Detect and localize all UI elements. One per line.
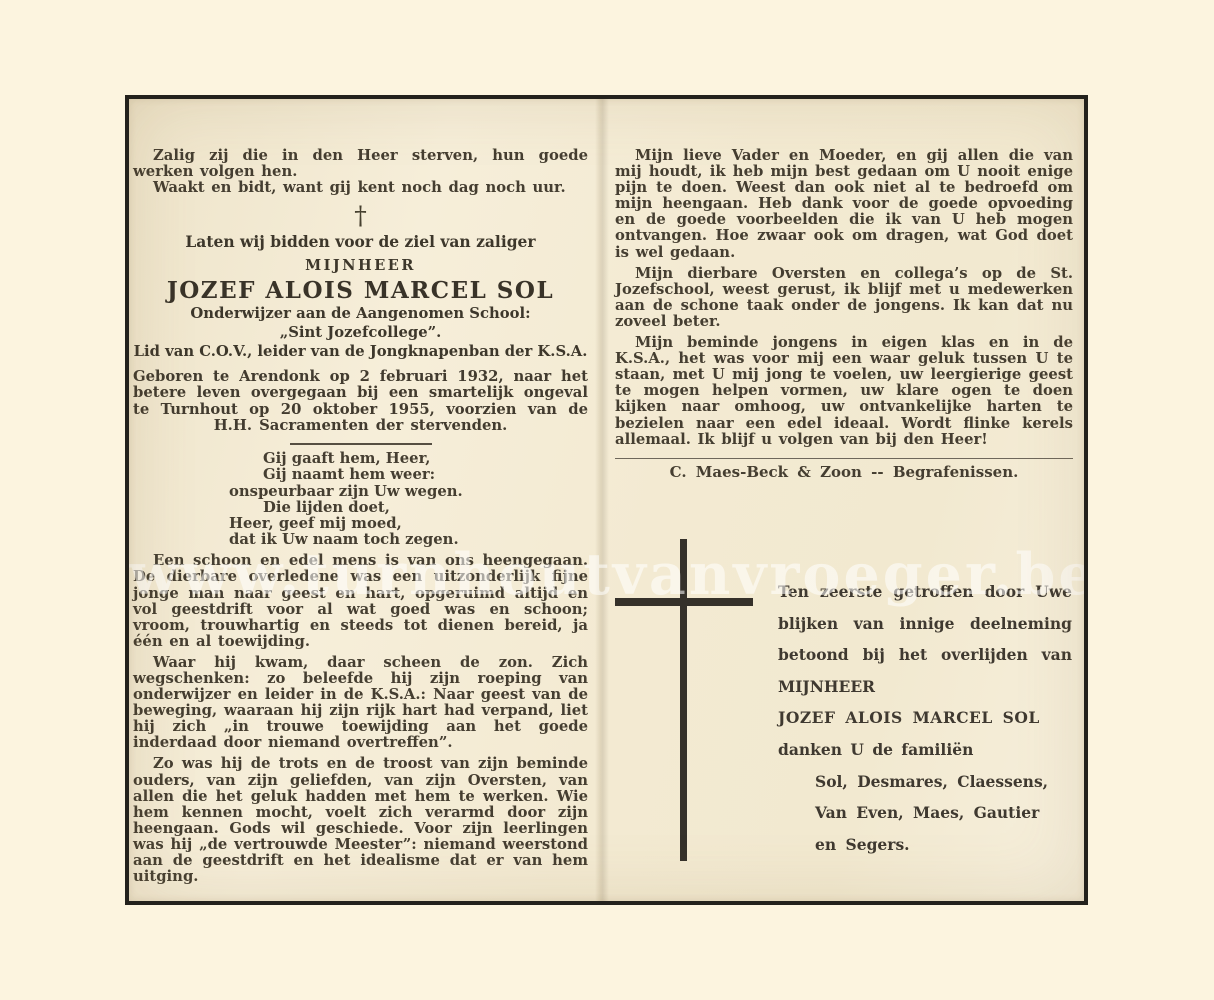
undertaker-rule bbox=[615, 458, 1073, 459]
family-names-line: en Segers. bbox=[815, 829, 1072, 861]
role-line-1: Onderwijzer aan de Aangenomen School: bbox=[133, 306, 588, 322]
biography-text: Geboren te Arendonk op 2 februari 1932, … bbox=[133, 369, 588, 434]
memorial-cross-icon bbox=[680, 539, 687, 861]
divider-rule bbox=[290, 443, 432, 445]
acknowledgement-line: danken U de familiën bbox=[778, 734, 1072, 766]
poem-line: dat ik Uw naam toch zegen. bbox=[229, 532, 588, 548]
poem-line: onspeurbaar zijn Uw wegen. bbox=[229, 484, 588, 500]
acknowledgement-line: betoond bij het overlijden van bbox=[778, 639, 1072, 671]
acknowledgement-honorific: MIJNHEER bbox=[778, 671, 1072, 703]
deceased-name: JOZEF ALOIS MARCEL SOL bbox=[133, 278, 588, 303]
farewell-paragraph-3: Mijn beminde jongens in eigen klas en in… bbox=[615, 335, 1073, 448]
memorial-poem: Gij gaaft hem, Heer, Gij naamt hem weer:… bbox=[133, 451, 588, 548]
role-line-2: „Sint Jozefcollege”. bbox=[133, 325, 588, 341]
poem-line: Heer, geef mij moed, bbox=[229, 516, 588, 532]
acknowledgement-line: blijken van innige deelneming bbox=[778, 608, 1072, 640]
memorial-card: Zalig zij die in den Heer sterven, hun g… bbox=[125, 95, 1088, 905]
eulogy-paragraph-3: Zo was hij de trots en de troost van zij… bbox=[133, 756, 588, 885]
acknowledgement-block: Ten zeerste getroffen door Uwe blijken v… bbox=[778, 576, 1072, 860]
role-line-3: Lid van C.O.V., leider van de Jongknapen… bbox=[133, 344, 588, 360]
center-fold bbox=[595, 99, 609, 901]
family-names-line: Sol, Desmares, Claessens, bbox=[815, 766, 1072, 798]
undertaker-line: C. Maes-Beck & Zoon -- Begrafenissen. bbox=[615, 463, 1073, 481]
farewell-paragraph-2: Mijn dierbare Oversten en collega’s op d… bbox=[615, 266, 1073, 330]
eulogy-paragraph-1: Een schoon en edel mens is van ons heeng… bbox=[133, 553, 588, 650]
memorial-cross-icon-arm bbox=[615, 598, 753, 606]
acknowledgement-name: JOZEF ALOIS MARCEL SOL bbox=[778, 702, 1072, 734]
invocation-line: Laten wij bidden voor de ziel van zalige… bbox=[133, 233, 588, 250]
eulogy-paragraph-2: Waar hij kwam, daar scheen de zon. Zich … bbox=[133, 655, 588, 752]
poem-line: Gij gaaft hem, Heer, bbox=[263, 451, 588, 467]
opening-line-1: Zalig zij die in den Heer sterven, hun g… bbox=[133, 148, 588, 180]
page-left: Zalig zij die in den Heer sterven, hun g… bbox=[133, 99, 588, 885]
poem-line: Gij naamt hem weer: bbox=[263, 467, 588, 483]
farewell-paragraph-1: Mijn lieve Vader en Moeder, en gij allen… bbox=[615, 148, 1073, 261]
honorific-title: MIJNHEER bbox=[133, 257, 588, 274]
dagger-cross-icon: † bbox=[133, 202, 588, 230]
page-right: Mijn lieve Vader en Moeder, en gij allen… bbox=[615, 99, 1073, 481]
acknowledgement-line: Ten zeerste getroffen door Uwe bbox=[778, 576, 1072, 608]
poem-line: Die lijden doet, bbox=[263, 500, 588, 516]
family-names-line: Van Even, Maes, Gautier bbox=[815, 797, 1072, 829]
opening-line-2: Waakt en bidt, want gij kent noch dag no… bbox=[133, 180, 588, 196]
